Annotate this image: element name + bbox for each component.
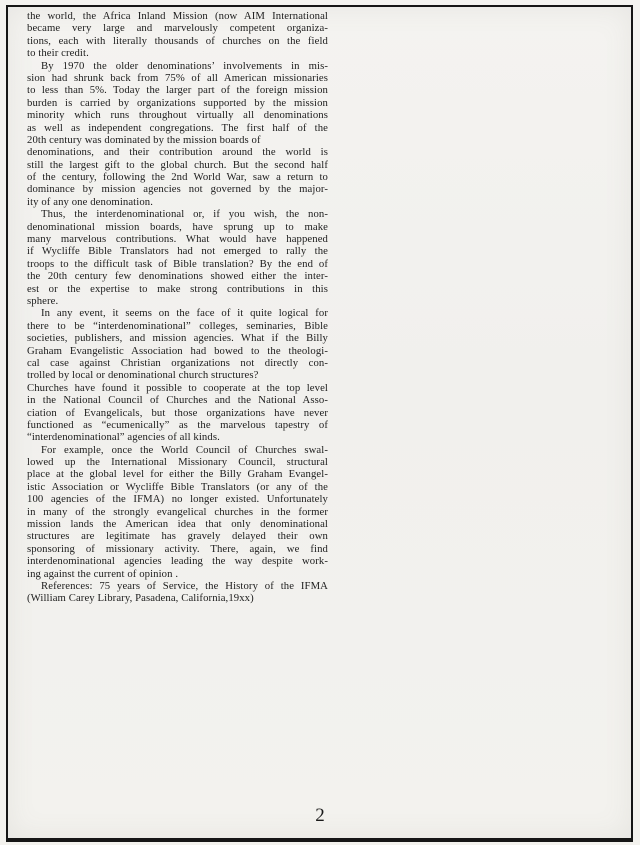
text-line: sponsoring of missionary activity. There… bbox=[27, 543, 328, 555]
text-line: In any event, it seems on the face of it… bbox=[27, 307, 328, 319]
text-line: the 20th century few denominations showe… bbox=[27, 270, 328, 282]
text-line: (William Carey Library, Pasadena, Califo… bbox=[27, 592, 328, 604]
text-line: By 1970 the older denominations’ involve… bbox=[27, 60, 328, 72]
text-line: burden is carried by organizations suppo… bbox=[27, 97, 328, 109]
text-line: many marvelous contributions. What would… bbox=[27, 233, 328, 245]
text-line: denominations, and their contribution ar… bbox=[27, 146, 328, 158]
text-line: in many of the strongly evangelical chur… bbox=[27, 506, 328, 518]
text-line: For example, once the World Council of C… bbox=[27, 444, 328, 456]
text-line: to less than 5%. Today the larger part o… bbox=[27, 84, 328, 96]
text-line: structures are legitimate has gravely de… bbox=[27, 530, 328, 542]
text-line: if Wycliffe Bible Translators had not em… bbox=[27, 245, 328, 257]
text-line: tions, each with literally thousands of … bbox=[27, 35, 328, 47]
text-line: 20th century was dominated by the missio… bbox=[27, 134, 328, 146]
text-line: “interdenominational” agencies of all ki… bbox=[27, 431, 328, 443]
text-line: trolled by local or denominational churc… bbox=[27, 369, 328, 381]
text-line: dominance by mission agencies not govern… bbox=[27, 183, 328, 195]
text-line: of the century, following the 2nd World … bbox=[27, 171, 328, 183]
text-line: Thus, the interdenominational or, if you… bbox=[27, 208, 328, 220]
text-line: functioned as “ecumenically” as the marv… bbox=[27, 419, 328, 431]
text-line: mission lands the American idea that onl… bbox=[27, 518, 328, 530]
text-line: as well as independent congregations. Th… bbox=[27, 122, 328, 134]
text-line: ing against the current of opinion . bbox=[27, 568, 328, 580]
page-number: 2 bbox=[0, 804, 640, 828]
text-line: still the largest gift to the global chu… bbox=[27, 159, 328, 171]
scanned-page: the world, the Africa Inland Mission (no… bbox=[0, 0, 640, 845]
text-line: the world, the Africa Inland Mission (no… bbox=[27, 10, 328, 22]
text-line: to their credit. bbox=[27, 47, 328, 59]
text-line: Churches have found it possible to coope… bbox=[27, 382, 328, 394]
text-line: lowed up the International Missionary Co… bbox=[27, 456, 328, 468]
text-line: cal case against Christian organizations… bbox=[27, 357, 328, 369]
text-line: sphere. bbox=[27, 295, 328, 307]
text-line: minority which runs throughout virtually… bbox=[27, 109, 328, 121]
text-line: interdenominational agencies leading the… bbox=[27, 555, 328, 567]
text-line: place at the global level for either the… bbox=[27, 468, 328, 480]
text-line: in the National Council of Churches and … bbox=[27, 394, 328, 406]
text-line: societies, publishers, and mission agenc… bbox=[27, 332, 328, 344]
text-line: Graham Evangelistic Association had bowe… bbox=[27, 345, 328, 357]
text-line: est or the expertise to make strong cont… bbox=[27, 283, 328, 295]
text-line: istic Association or Wycliffe Bible Tran… bbox=[27, 481, 328, 493]
text-line: denominational mission boards, have spru… bbox=[27, 221, 328, 233]
text-line: References: 75 years of Service, the His… bbox=[27, 580, 328, 592]
text-line: 100 agencies of the IFMA) no longer exis… bbox=[27, 493, 328, 505]
text-line: troops to the difficult task of Bible tr… bbox=[27, 258, 328, 270]
text-line: there to be “interdenominational” colleg… bbox=[27, 320, 328, 332]
text-line: ciation of Evangelicals, but those organ… bbox=[27, 407, 328, 419]
text-line: ity of any one denomination. bbox=[27, 196, 328, 208]
text-line: sion had shrunk back from 75% of all Ame… bbox=[27, 72, 328, 84]
text-line: became very large and marvelously compet… bbox=[27, 22, 328, 34]
page-text-column: the world, the Africa Inland Mission (no… bbox=[27, 10, 328, 605]
